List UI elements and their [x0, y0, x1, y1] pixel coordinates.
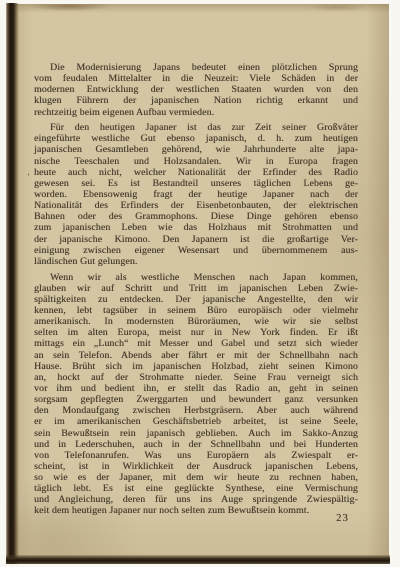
text-line: gewesen sei. Es ist Bestandteil unseres …: [34, 178, 358, 189]
text-line: scheint, ist in Wirklichkeit der Ausdruc…: [34, 461, 358, 472]
text-line: an, hockt auf der Strohmatte nieder. Sei…: [34, 372, 358, 383]
text-line: Nationalität des Erfinders der Eisenbeto…: [34, 200, 358, 211]
paragraph: Wenn wir als westliche Menschen nach Jap…: [34, 272, 358, 517]
text-line: und Angleichung, deren für uns ins Auge …: [34, 494, 358, 505]
text-line: rechtzeitig beim eigenen Aufbau vermiede…: [34, 107, 358, 118]
text-line: sein Bewußtsein rein japanisch geblieben…: [34, 428, 358, 439]
text-line: modernen Entwicklung der westlichen Staa…: [34, 84, 358, 95]
text-line: vor ihm und bedient ihn, er stellt das R…: [34, 383, 358, 394]
text-line: vom feudalen Mittelalter in die Neuzeit:…: [34, 73, 358, 84]
text-line: japanischen Gesamtleben gehörend, wie Ja…: [34, 144, 358, 155]
text-line: an sein Telefon. Abends aber fährt er mi…: [34, 350, 358, 361]
text-line: Bahnen oder des Grammophons. Diese Dinge…: [34, 211, 358, 222]
text-line: einigung zwischen eigener Wesensart und …: [34, 245, 358, 256]
text-line: und in Lederschuhen, auch in der Schnell…: [34, 439, 358, 450]
text-line: mittags ein „Lunch“ mit Messer und Gabel…: [34, 338, 358, 349]
text-line: kennen, lebt tagsüber in seinem Büro eur…: [34, 305, 358, 316]
body-text: Die Modernisierung Japans bedeutet einen…: [34, 62, 358, 517]
text-line: glauben wir auf Schritt und Tritt im jap…: [34, 283, 358, 294]
text-line: ländischen Gut gelungen.: [34, 256, 358, 267]
text-line: täglich lebt. Es ist eine geglückte Synt…: [34, 483, 358, 494]
text-line: Hause. Brüht sich im japanischen Holzbad…: [34, 361, 358, 372]
scan-speck: ’: [27, 172, 30, 182]
text-line: Für den heutigen Japaner ist das zur Zei…: [34, 122, 358, 133]
page-number: 23: [336, 513, 349, 524]
page-bottom-shadow: [6, 555, 390, 564]
text-line: spältigkeiten zu entdecken. Der japanisc…: [34, 294, 358, 305]
scanned-book-page: ’ Die Modernisierung Japans bedeutet ein…: [0, 0, 400, 567]
text-line: klugen Führern der japanischen Nation ri…: [34, 95, 358, 106]
text-line: keit dem heutigen Japaner nur noch selte…: [34, 505, 358, 516]
text-line: den Mondaufgang zwischen Herbstgräsern. …: [34, 405, 358, 416]
text-line: Wenn wir als westliche Menschen nach Jap…: [34, 272, 358, 283]
book-spine-shadow: [6, 3, 19, 564]
text-line: so wie es der Japaner, mit dem wir heute…: [34, 472, 358, 483]
text-line: Die Modernisierung Japans bedeutet einen…: [34, 62, 358, 73]
text-line: amerikanisch. In modernsten Büroräumen, …: [34, 316, 358, 327]
text-line: eingeführte westliche Gut ebenso japanis…: [34, 133, 358, 144]
paragraph: Für den heutigen Japaner ist das zur Zei…: [34, 122, 358, 267]
text-line: heute auch nicht, welcher Nationalität d…: [34, 167, 358, 178]
text-line: nische Teeschalen und Holzsandalen. Wir …: [34, 156, 358, 167]
text-line: sorgsam gepflegten Zwerggarten und bewun…: [34, 394, 358, 405]
paragraph: Die Modernisierung Japans bedeutet einen…: [34, 62, 358, 118]
text-line: er im amerikanischen Geschäftsbetrieb ar…: [34, 416, 358, 427]
text-line: der japanische Kimono. Den Japanern ist …: [34, 234, 358, 245]
text-line: selten im alten Europa, meist nur in New…: [34, 327, 358, 338]
text-line: worden. Ebensowenig fragt der heutige Ja…: [34, 189, 358, 200]
text-line: von Telefonanrufen. Was uns Europäern al…: [34, 450, 358, 461]
text-line: zum japanischen Leben wie das Holzhaus m…: [34, 222, 358, 233]
